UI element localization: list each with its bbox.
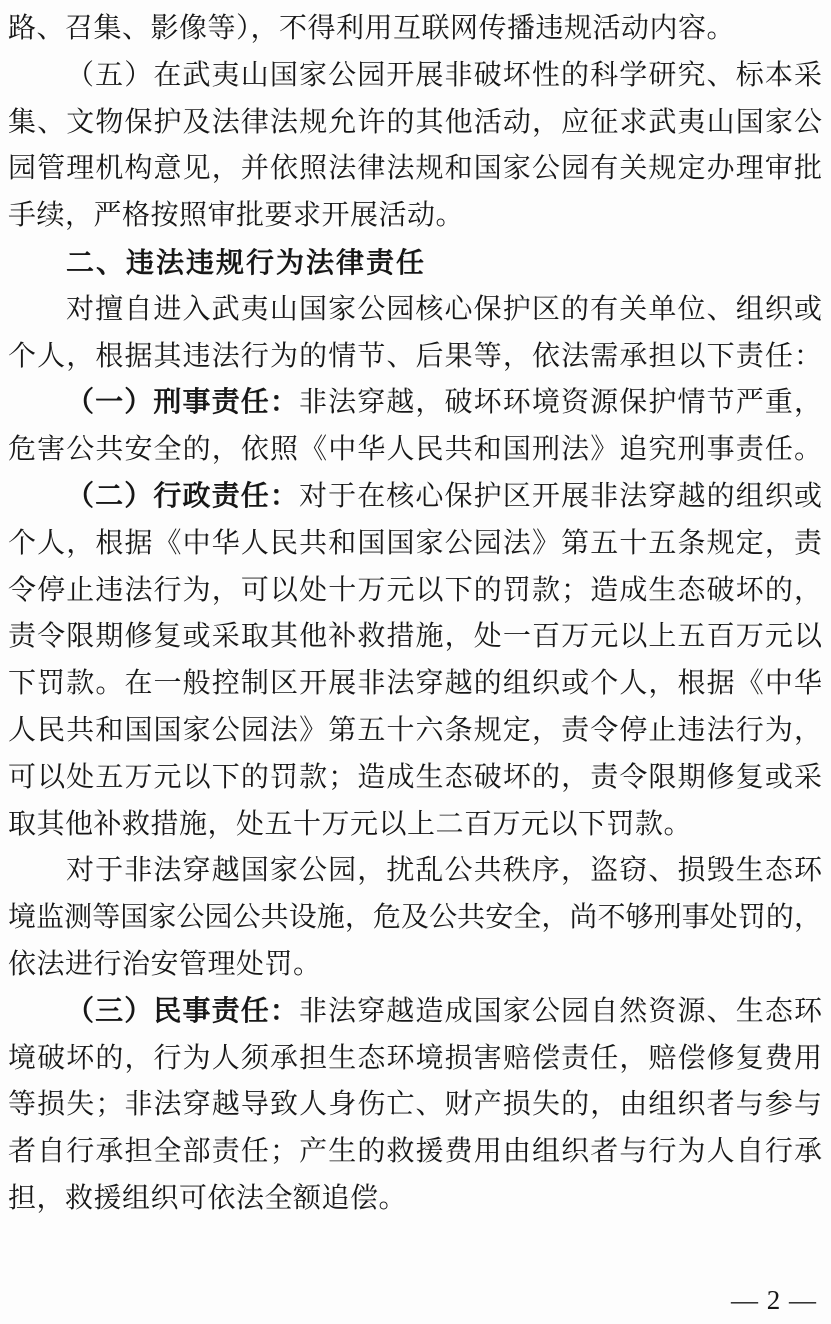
text-line: 对于非法穿越国家公园，扰乱公共秩序，盗窃、损毁生态环 (8, 848, 822, 895)
text-line: 个人，根据《中华人民共和国国家公园法》第五十五条规定，责 (8, 521, 822, 568)
text-line: 责令限期修复或采取其他补救措施，处一百万元以上五百万元以 (8, 614, 822, 661)
text-line: （五）在武夷山国家公园开展非破坏性的科学研究、标本采 (8, 53, 822, 100)
text-line: 可以处五万元以下的罚款；造成生态破坏的，责令限期修复或采 (8, 755, 822, 802)
text-line: 集、文物保护及法律法规允许的其他活动，应征求武夷山国家公 (8, 100, 822, 147)
page-number: — 2 — (731, 1285, 817, 1316)
text-line: 路、召集、影像等），不得利用互联网传播违规活动内容。 (8, 6, 822, 53)
text-line: （二）行政责任：对于在核心保护区开展非法穿越的组织或 (8, 474, 822, 521)
bold-lead-text: （三）民事责任： (66, 996, 299, 1027)
text-line: 依法进行治安管理处罚。 (8, 942, 822, 989)
text-line: 人民共和国国家公园法》第五十六条规定，责令停止违法行为， (8, 708, 822, 755)
text-line: 者自行承担全部责任；产生的救援费用由组织者与行为人自行承 (8, 1129, 822, 1176)
text-line: 手续，严格按照审批要求开展活动。 (8, 193, 822, 240)
text-line: 取其他补救措施，处五十万元以上二百万元以下罚款。 (8, 802, 822, 849)
text-line: 等损失；非法穿越导致人身伤亡、财产损失的，由组织者与参与 (8, 1082, 822, 1129)
line-text: 对于在核心保护区开展非法穿越的组织或 (299, 481, 822, 512)
text-line: 危害公共安全的，依照《中华人民共和国刑法》追究刑事责任。 (8, 427, 822, 474)
section-heading: 二、违法违规行为法律责任 (8, 240, 822, 287)
text-line: 令停止违法行为，可以处十万元以下的罚款；造成生态破坏的， (8, 568, 822, 615)
document-body: 路、召集、影像等），不得利用互联网传播违规活动内容。（五）在武夷山国家公园开展非… (8, 6, 822, 1223)
bold-lead-text: （一）刑事责任： (66, 387, 299, 418)
text-line: 担，救援组织可依法全额追偿。 (8, 1176, 822, 1223)
text-line: 境破坏的，行为人须承担生态环境损害赔偿责任，赔偿修复费用 (8, 1036, 822, 1083)
line-text: 非法穿越，破坏环境资源保护情节严重， (299, 387, 822, 418)
text-line: 园管理机构意见，并依照法律法规和国家公园有关规定办理审批 (8, 146, 822, 193)
text-line: 个人，根据其违法行为的情节、后果等，依法需承担以下责任： (8, 334, 822, 381)
line-text: 非法穿越造成国家公园自然资源、生态环 (299, 996, 822, 1027)
text-line: （一）刑事责任：非法穿越，破坏环境资源保护情节严重， (8, 380, 822, 427)
text-line: 对擅自进入武夷山国家公园核心保护区的有关单位、组织或 (8, 287, 822, 334)
text-line: （三）民事责任：非法穿越造成国家公园自然资源、生态环 (8, 989, 822, 1036)
document-page: 路、召集、影像等），不得利用互联网传播违规活动内容。（五）在武夷山国家公园开展非… (0, 0, 831, 1324)
text-line: 下罚款。在一般控制区开展非法穿越的组织或个人，根据《中华 (8, 661, 822, 708)
bold-lead-text: （二）行政责任： (66, 481, 299, 512)
text-line: 境监测等国家公园公共设施，危及公共安全，尚不够刑事处罚的， (8, 895, 822, 942)
